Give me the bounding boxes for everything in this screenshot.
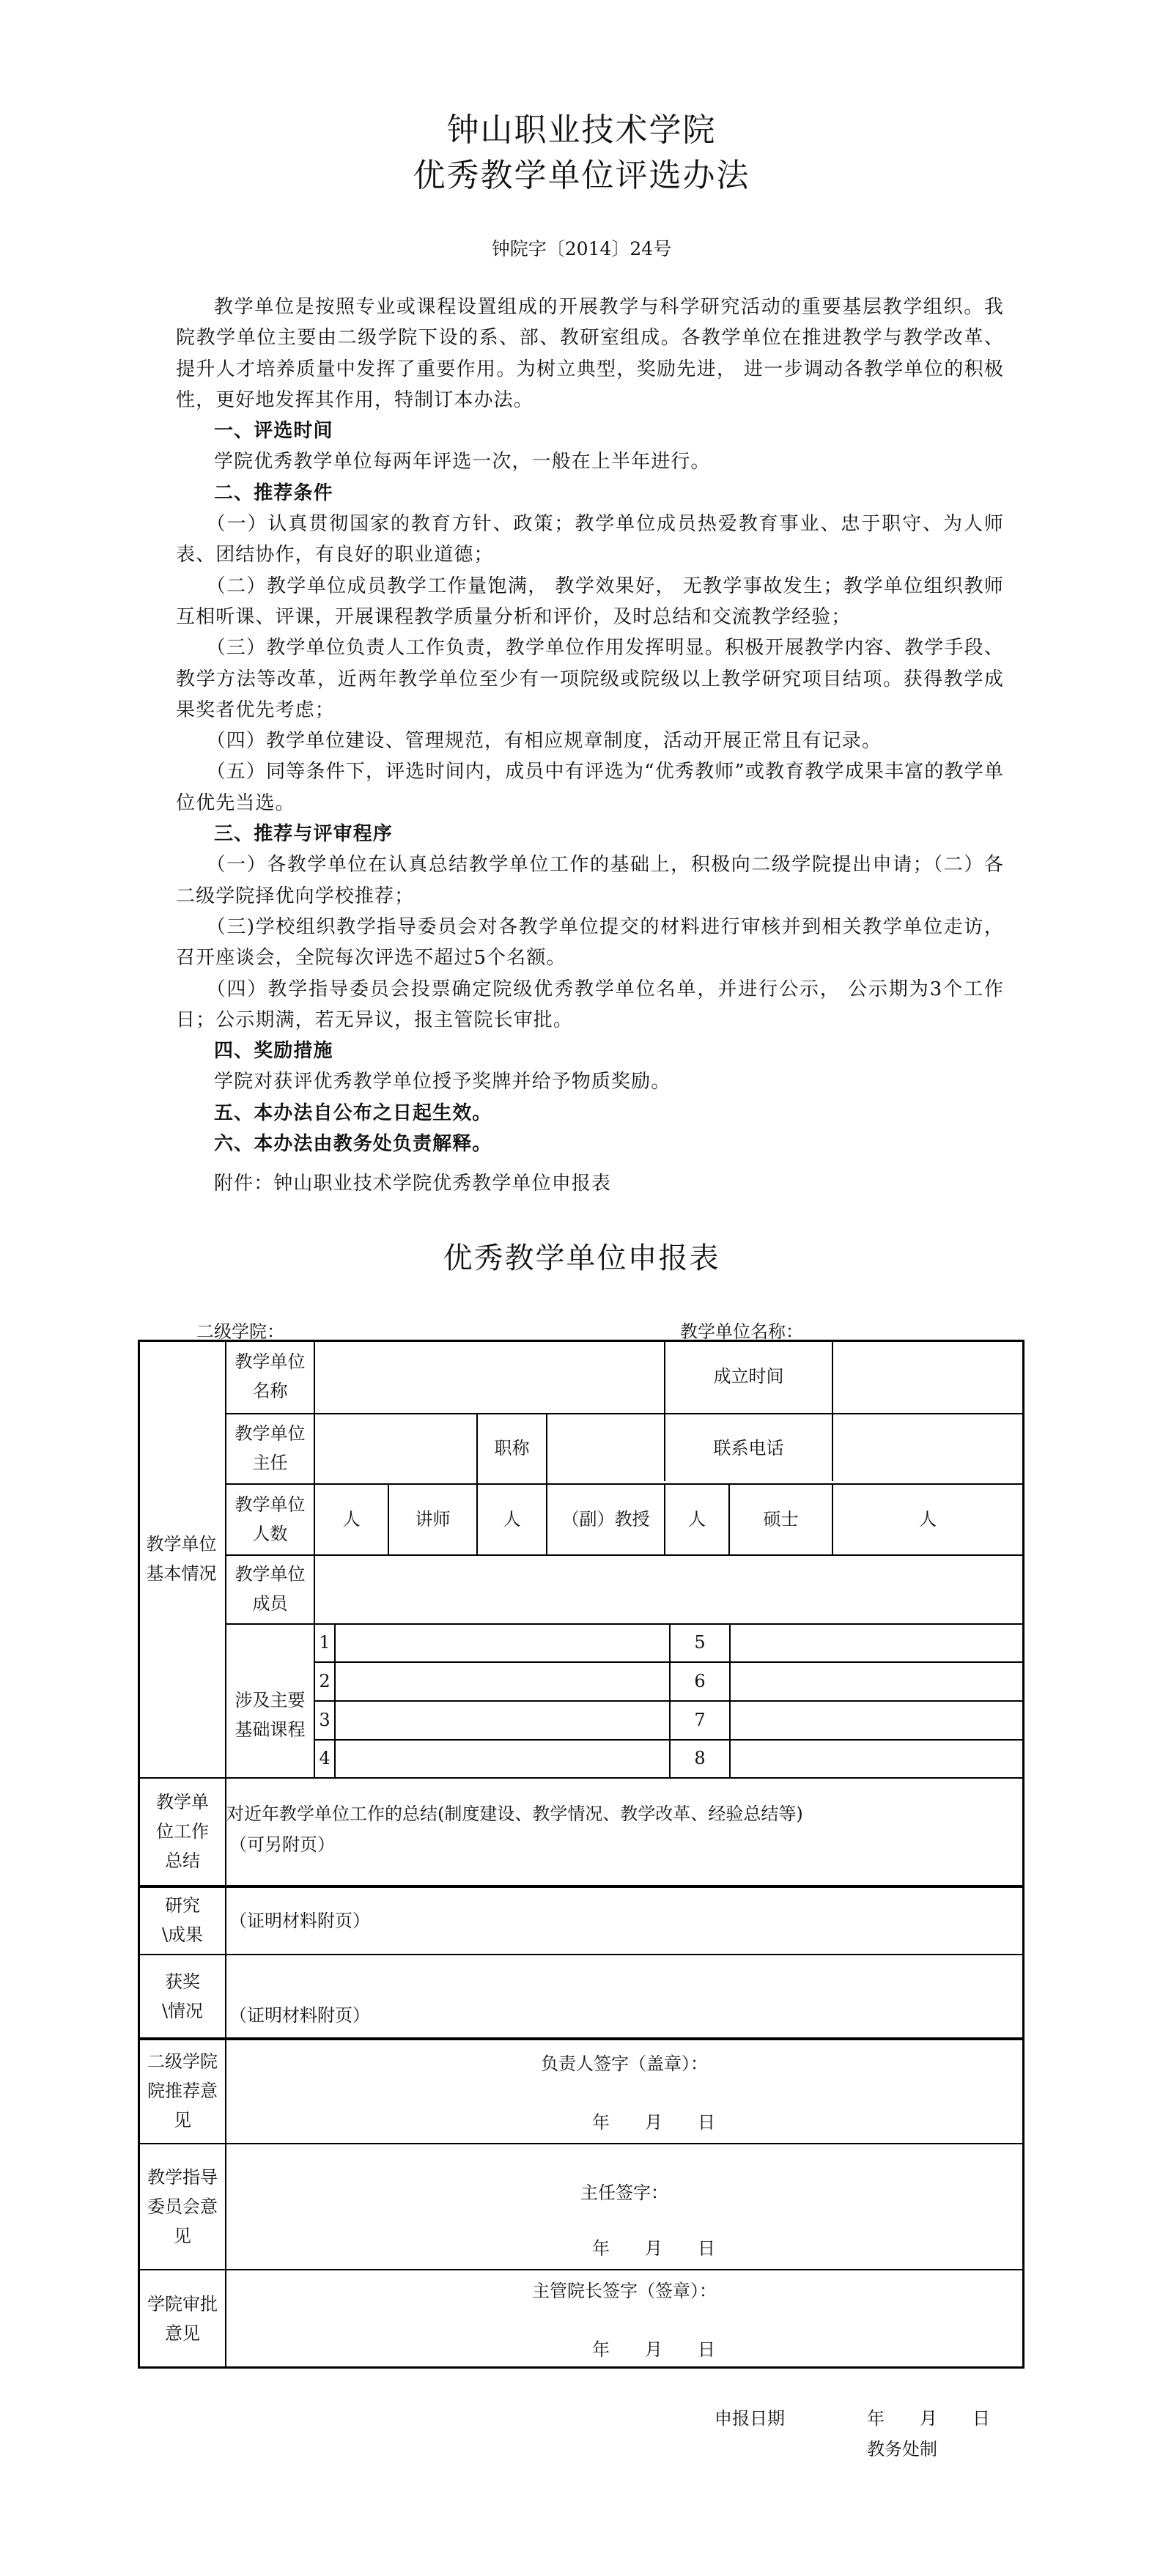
list-item: （三)学校组织教学指导委员会对各教学单位提交的材料进行审核并到相关教学单位走访，…: [176, 912, 1004, 974]
section-heading: 六、本办法由教务处负责解释。: [176, 1129, 1004, 1159]
members-label: 教学单位成员: [226, 1554, 314, 1623]
awards-input[interactable]: （证明材料附页）: [226, 1957, 1022, 2037]
professor-count-input[interactable]: 人: [665, 1483, 728, 1554]
awards-note: （证明材料附页）: [229, 2001, 370, 2030]
course-number: 4: [315, 1739, 334, 1777]
unit-name-input[interactable]: [315, 1341, 664, 1413]
director-label: 教学单位主任: [226, 1413, 314, 1483]
unit-name-label: 教学单位名称: [226, 1340, 314, 1413]
established-label: 成立时间: [665, 1340, 832, 1413]
research-label: 研究\成果: [140, 1886, 225, 1954]
awards-label: 获奖\情况: [140, 1955, 225, 2037]
document-title-line2: 优秀教学单位评选办法: [0, 154, 1163, 198]
document-number: 钟院字〔2014〕24号: [0, 235, 1163, 261]
professor-label: （副）教授: [547, 1483, 664, 1554]
master-count-input[interactable]: 人: [833, 1483, 1022, 1554]
approval-opinion-input[interactable]: 主管院长签字（签章）： 年 月 日: [226, 2272, 1022, 2367]
course-input[interactable]: [336, 1663, 669, 1700]
course-number: 6: [671, 1661, 729, 1700]
section-heading: 五、本办法自公布之日起生效。: [176, 1098, 1004, 1129]
document-body: 教学单位是按照专业或课程设置组成的开展教学与科学研究活动的重要基层教学组织。我院…: [176, 292, 1004, 1200]
submission-date-label: 申报日期: [715, 2404, 785, 2429]
section-heading: 二、推荐条件: [176, 478, 1004, 509]
list-item: （四）教学指导委员会投票确定院级优秀教学单位名单，并进行公示， 公示期为3个工作…: [176, 974, 1004, 1036]
list-item: （一）各教学单位在认真总结教学单位工作的基础上，积极向二级学院提出申请；（二）各…: [176, 849, 1004, 912]
approval-signature-label: 主管院长签字（签章）：: [226, 2276, 1022, 2306]
course-number: 1: [315, 1623, 334, 1661]
section-text: 学院优秀教学单位每两年评选一次，一般在上半年进行。: [176, 446, 1004, 477]
committee-opinion-label: 教学指导委员会意见: [140, 2144, 225, 2269]
members-input[interactable]: [315, 1556, 1022, 1623]
college-opinion-label: 二级学院院推荐意见: [140, 2039, 225, 2143]
course-input[interactable]: [731, 1625, 1022, 1661]
form-title: 优秀教学单位申报表: [0, 1235, 1163, 1277]
intro-paragraph: 教学单位是按照专业或课程设置组成的开展教学与科学研究活动的重要基层教学组织。我院…: [176, 292, 1004, 416]
course-input[interactable]: [336, 1625, 669, 1661]
course-number: 7: [671, 1700, 729, 1739]
phone-label: 联系电话: [665, 1413, 832, 1483]
college-field-label: 二级学院：: [196, 1317, 284, 1343]
title-label: 职称: [478, 1413, 546, 1483]
committee-signature-label: 主任签字：: [226, 2178, 1022, 2207]
college-opinion-input[interactable]: 负责人签字（盖章）： 年 月 日: [226, 2040, 1022, 2143]
headcount-label: 教学单位人数: [226, 1483, 314, 1554]
basic-info-label: 教学单位基本情况: [138, 1340, 225, 1777]
approval-date: 年 月 日: [226, 2335, 1022, 2364]
director-input[interactable]: [315, 1414, 476, 1483]
research-input[interactable]: （证明材料附页）: [226, 1888, 1022, 1954]
course-input[interactable]: [336, 1741, 669, 1777]
attachment-note: 附件：钟山职业技术学院优秀教学单位申报表: [176, 1168, 1004, 1199]
list-item: （一）认真贯彻国家的教育方针、政策；教学单位成员热爱教育事业、忠于职守、为人师表…: [176, 509, 1004, 571]
lecturer-count-input[interactable]: 人: [478, 1483, 546, 1554]
course-input[interactable]: [336, 1702, 669, 1739]
course-number: 2: [315, 1661, 334, 1700]
summary-note: （可另附页）: [229, 1830, 335, 1859]
courses-label: 涉及主要基础课程: [226, 1623, 314, 1777]
section-heading: 四、奖励措施: [176, 1036, 1004, 1066]
document-page: 钟山职业技术学院 优秀教学单位评选办法 钟院字〔2014〕24号 教学单位是按照…: [0, 0, 1163, 2576]
list-item: （三）教学单位负责人工作负责，教学单位作用发挥明显。积极开展教学内容、教学手段、…: [176, 632, 1004, 726]
summary-input[interactable]: 对近年教学单位工作的总结(制度建设、教学情况、教学改革、经验总结等) （可另附页…: [226, 1779, 1022, 1885]
master-label: 硕士: [730, 1483, 832, 1554]
course-number: 8: [671, 1739, 729, 1777]
research-note: （证明材料附页）: [229, 1906, 370, 1935]
document-title-line1: 钟山职业技术学院: [0, 108, 1163, 152]
title-input[interactable]: [547, 1414, 664, 1483]
course-input[interactable]: [731, 1702, 1022, 1739]
unit-name-field-label: 教学单位名称：: [680, 1317, 803, 1343]
section-heading: 三、推荐与评审程序: [176, 819, 1004, 849]
committee-opinion-input[interactable]: 主任签字： 年 月 日: [226, 2146, 1022, 2269]
headcount-total-input[interactable]: 人: [315, 1483, 388, 1554]
section-heading: 一、评选时间: [176, 416, 1004, 446]
lecturer-label: 讲师: [389, 1483, 476, 1554]
course-number: 3: [315, 1700, 334, 1739]
summary-instruction: 对近年教学单位工作的总结(制度建设、教学情况、教学改革、经验总结等): [226, 1799, 803, 1828]
issuer-label: 教务处制: [867, 2435, 937, 2460]
summary-label: 教学单位工作总结: [140, 1777, 225, 1885]
list-item: （四）教学单位建设、管理规范，有相应规章制度，活动开展正常且有记录。: [176, 726, 1004, 756]
list-item: （二）教学单位成员教学工作量饱满， 教学效果好， 无教学事故发生；教学单位组织教…: [176, 571, 1004, 633]
course-input[interactable]: [731, 1663, 1022, 1700]
committee-date: 年 月 日: [226, 2234, 1022, 2263]
course-number: 5: [671, 1623, 729, 1661]
established-input[interactable]: [833, 1341, 1022, 1413]
college-date: 年 月 日: [226, 2108, 1022, 2137]
submission-date-value: 年 月 日: [867, 2404, 990, 2429]
section-text: 学院对获评优秀教学单位授予奖牌并给予物质奖励。: [176, 1066, 1004, 1097]
college-signature-label: 负责人签字（盖章）：: [226, 2049, 1022, 2078]
list-item: （五）同等条件下，评选时间内，成员中有评选为“优秀教师”或教育教学成果丰富的教学…: [176, 756, 1004, 819]
phone-input[interactable]: [833, 1414, 1022, 1483]
approval-opinion-label: 学院审批意见: [140, 2270, 225, 2367]
course-input[interactable]: [731, 1741, 1022, 1777]
